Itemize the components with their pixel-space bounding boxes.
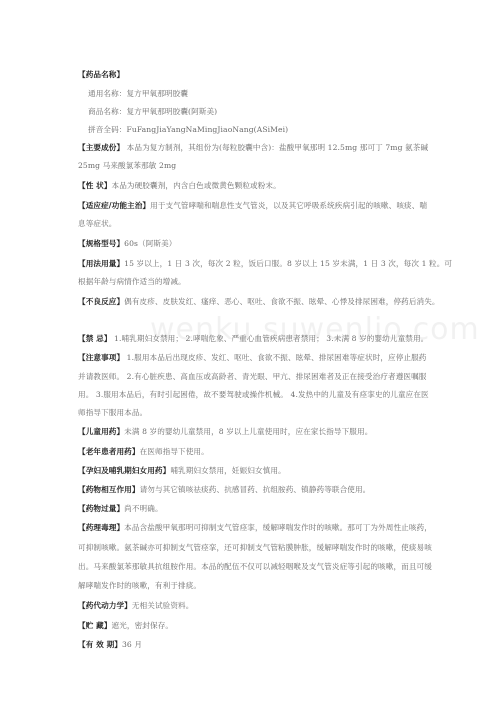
pharmacology-cont-3: 解哮喘发作时的咳嗽，有利于排痰。 bbox=[78, 581, 448, 591]
ingredients-cont: 25mg 马来酸氯苯那敏 2mg bbox=[78, 161, 448, 171]
precautions-cont-2: 用。 3.服用本品后，有时引起困倦，故不要驾驶或操作机械。 4.发热中的儿童及有… bbox=[78, 390, 448, 400]
section-drug-name: 【药品名称】 bbox=[78, 70, 448, 80]
section-pregnancy-lactation: 【孕妇及哺乳期妇女用药】哺乳期妇女禁用，妊娠妇女慎用。 bbox=[78, 466, 448, 476]
section-geriatric-use: 【老年患者用药】在医师指导下使用。 bbox=[78, 447, 448, 457]
section-interactions: 【药物相互作用】请勿与其它镇咳祛痰药、抗感冒药、抗组胺药、镇静药等联合使用。 bbox=[78, 485, 448, 495]
section-storage: 【贮 藏】遮光，密封保存。 bbox=[78, 621, 448, 631]
section-contraindications: 【禁 忌】 1.哺乳期妇女禁用； 2.哮喘危象、严重心血管疾病患者禁用； 3.未… bbox=[78, 334, 448, 344]
section-ingredients: 【主要成份】 本品为复方制剂，其组份为(每粒胶囊中含)：盐酸甲氧那明 12.5m… bbox=[78, 143, 448, 153]
pinyin-name: 拼音全码：FuFangJiaYangNaMingJiaoNang(ASiMei) bbox=[88, 125, 458, 135]
section-pediatric-use: 【儿童用药】未满 8 岁的婴幼儿童禁用，8 岁以上儿童使用时，应在家长指导下服用… bbox=[78, 427, 448, 437]
document-page: wenku.suwenlio.com 【药品名称】 通用名称：复方甲氧那明胶囊 … bbox=[0, 0, 500, 708]
section-specification: 【规格型号】60s（阿斯美） bbox=[78, 239, 448, 249]
section-adverse-reactions: 【不良反应】偶有皮疹、皮肤发红、瘙痒、恶心、呕吐、食欲不振、眩晕、心悸及排尿困难… bbox=[78, 297, 448, 307]
section-expiry: 【有 效 期】36 月 bbox=[78, 640, 448, 650]
precautions-cont-1: 并请教医师。 2.有心脏疾患、高血压或高龄者、青光眼、甲亢、排尿困难者及正在接受… bbox=[78, 372, 448, 382]
generic-name: 通用名称：复方甲氧那明胶囊 bbox=[88, 89, 458, 99]
section-indications: 【适应症/功能主治】用于支气管哮喘和喘息性支气管炎，以及其它呼吸系统疾病引起的咳… bbox=[78, 201, 448, 211]
indications-cont: 息等症状。 bbox=[78, 219, 448, 229]
section-pharmacokinetics: 【药代动力学】无相关试验资料。 bbox=[78, 601, 448, 611]
precautions-cont-3: 师指导下服用本品。 bbox=[78, 408, 448, 418]
trade-name: 商品名称：复方甲氧那明胶囊(阿斯美) bbox=[88, 107, 458, 117]
section-precautions: 【注意事项】 1.服用本品后出现皮疹、发红、呕吐、食欲不振、眩晕、排尿困难等症状… bbox=[78, 353, 448, 363]
section-appearance: 【性 状】本品为硬胶囊剂，内含白色或微黄色颗粒或粉末。 bbox=[78, 181, 448, 191]
section-overdose: 【药物过量】尚不明确。 bbox=[78, 504, 448, 514]
section-dosage: 【用法用量】15 岁以上，1 日 3 次，每次 2 粒，饭后口服。8 岁以上 1… bbox=[78, 259, 448, 269]
pharmacology-cont-2: 出。马来酸氯苯那敏具抗组胺作用。本品的配伍不仅可以减轻咽喉及支气管炎症等引起的咳… bbox=[78, 562, 448, 572]
section-pharmacology: 【药理毒理】本品含盐酸甲氧那明可抑制支气管痉挛，缓解哮喘发作时的咳嗽。那可丁为外… bbox=[78, 523, 448, 533]
pharmacology-cont-1: 可抑制咳嗽。氨茶碱亦可抑制支气管痉挛，还可抑制支气管粘膜肿胀，缓解哮喘发作时的咳… bbox=[78, 543, 448, 553]
dosage-cont: 根据年龄与病情作适当的增减。 bbox=[78, 277, 448, 287]
